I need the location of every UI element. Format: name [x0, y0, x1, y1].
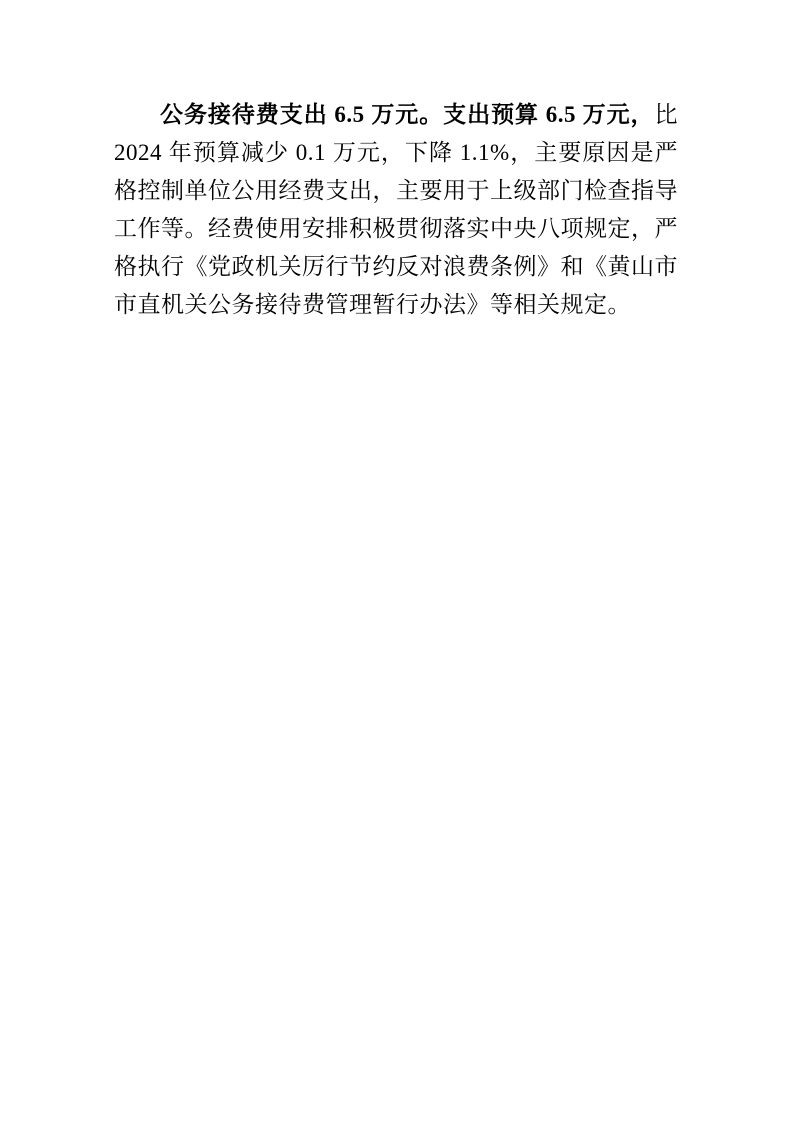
document-body: 公务接待费支出 6.5 万元。支出预算 6.5 万元，比 2024 年预算减少 … — [114, 96, 678, 324]
paragraph: 公务接待费支出 6.5 万元。支出预算 6.5 万元，比 2024 年预算减少 … — [114, 96, 678, 324]
document-page: 公务接待费支出 6.5 万元。支出预算 6.5 万元，比 2024 年预算减少 … — [0, 0, 793, 1122]
paragraph-body-text: 比 2024 年预算减少 0.1 万元，下降 1.1%，主要原因是严格控制单位公… — [114, 102, 678, 317]
paragraph-bold-lead: 公务接待费支出 6.5 万元。支出预算 6.5 万元， — [160, 102, 655, 127]
